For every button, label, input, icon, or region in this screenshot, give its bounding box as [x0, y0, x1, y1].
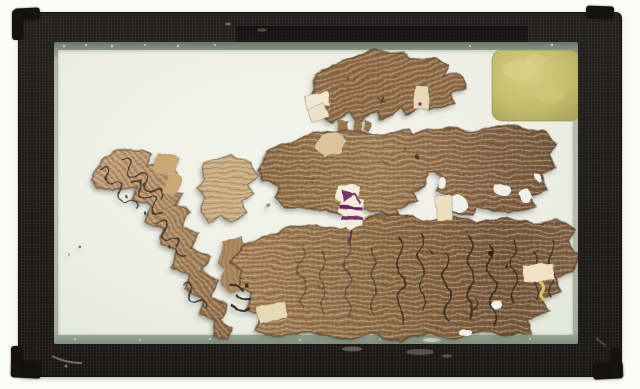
mount-backing [58, 50, 573, 335]
black-tape-frame [18, 12, 622, 377]
tape-corner-flap [12, 10, 23, 40]
tape-corner-flap [11, 346, 22, 376]
photograph: E 242 [0, 0, 640, 389]
tape-corner-flap [610, 348, 620, 376]
tape-corner-flap [586, 6, 614, 20]
glass-plate [54, 42, 578, 344]
